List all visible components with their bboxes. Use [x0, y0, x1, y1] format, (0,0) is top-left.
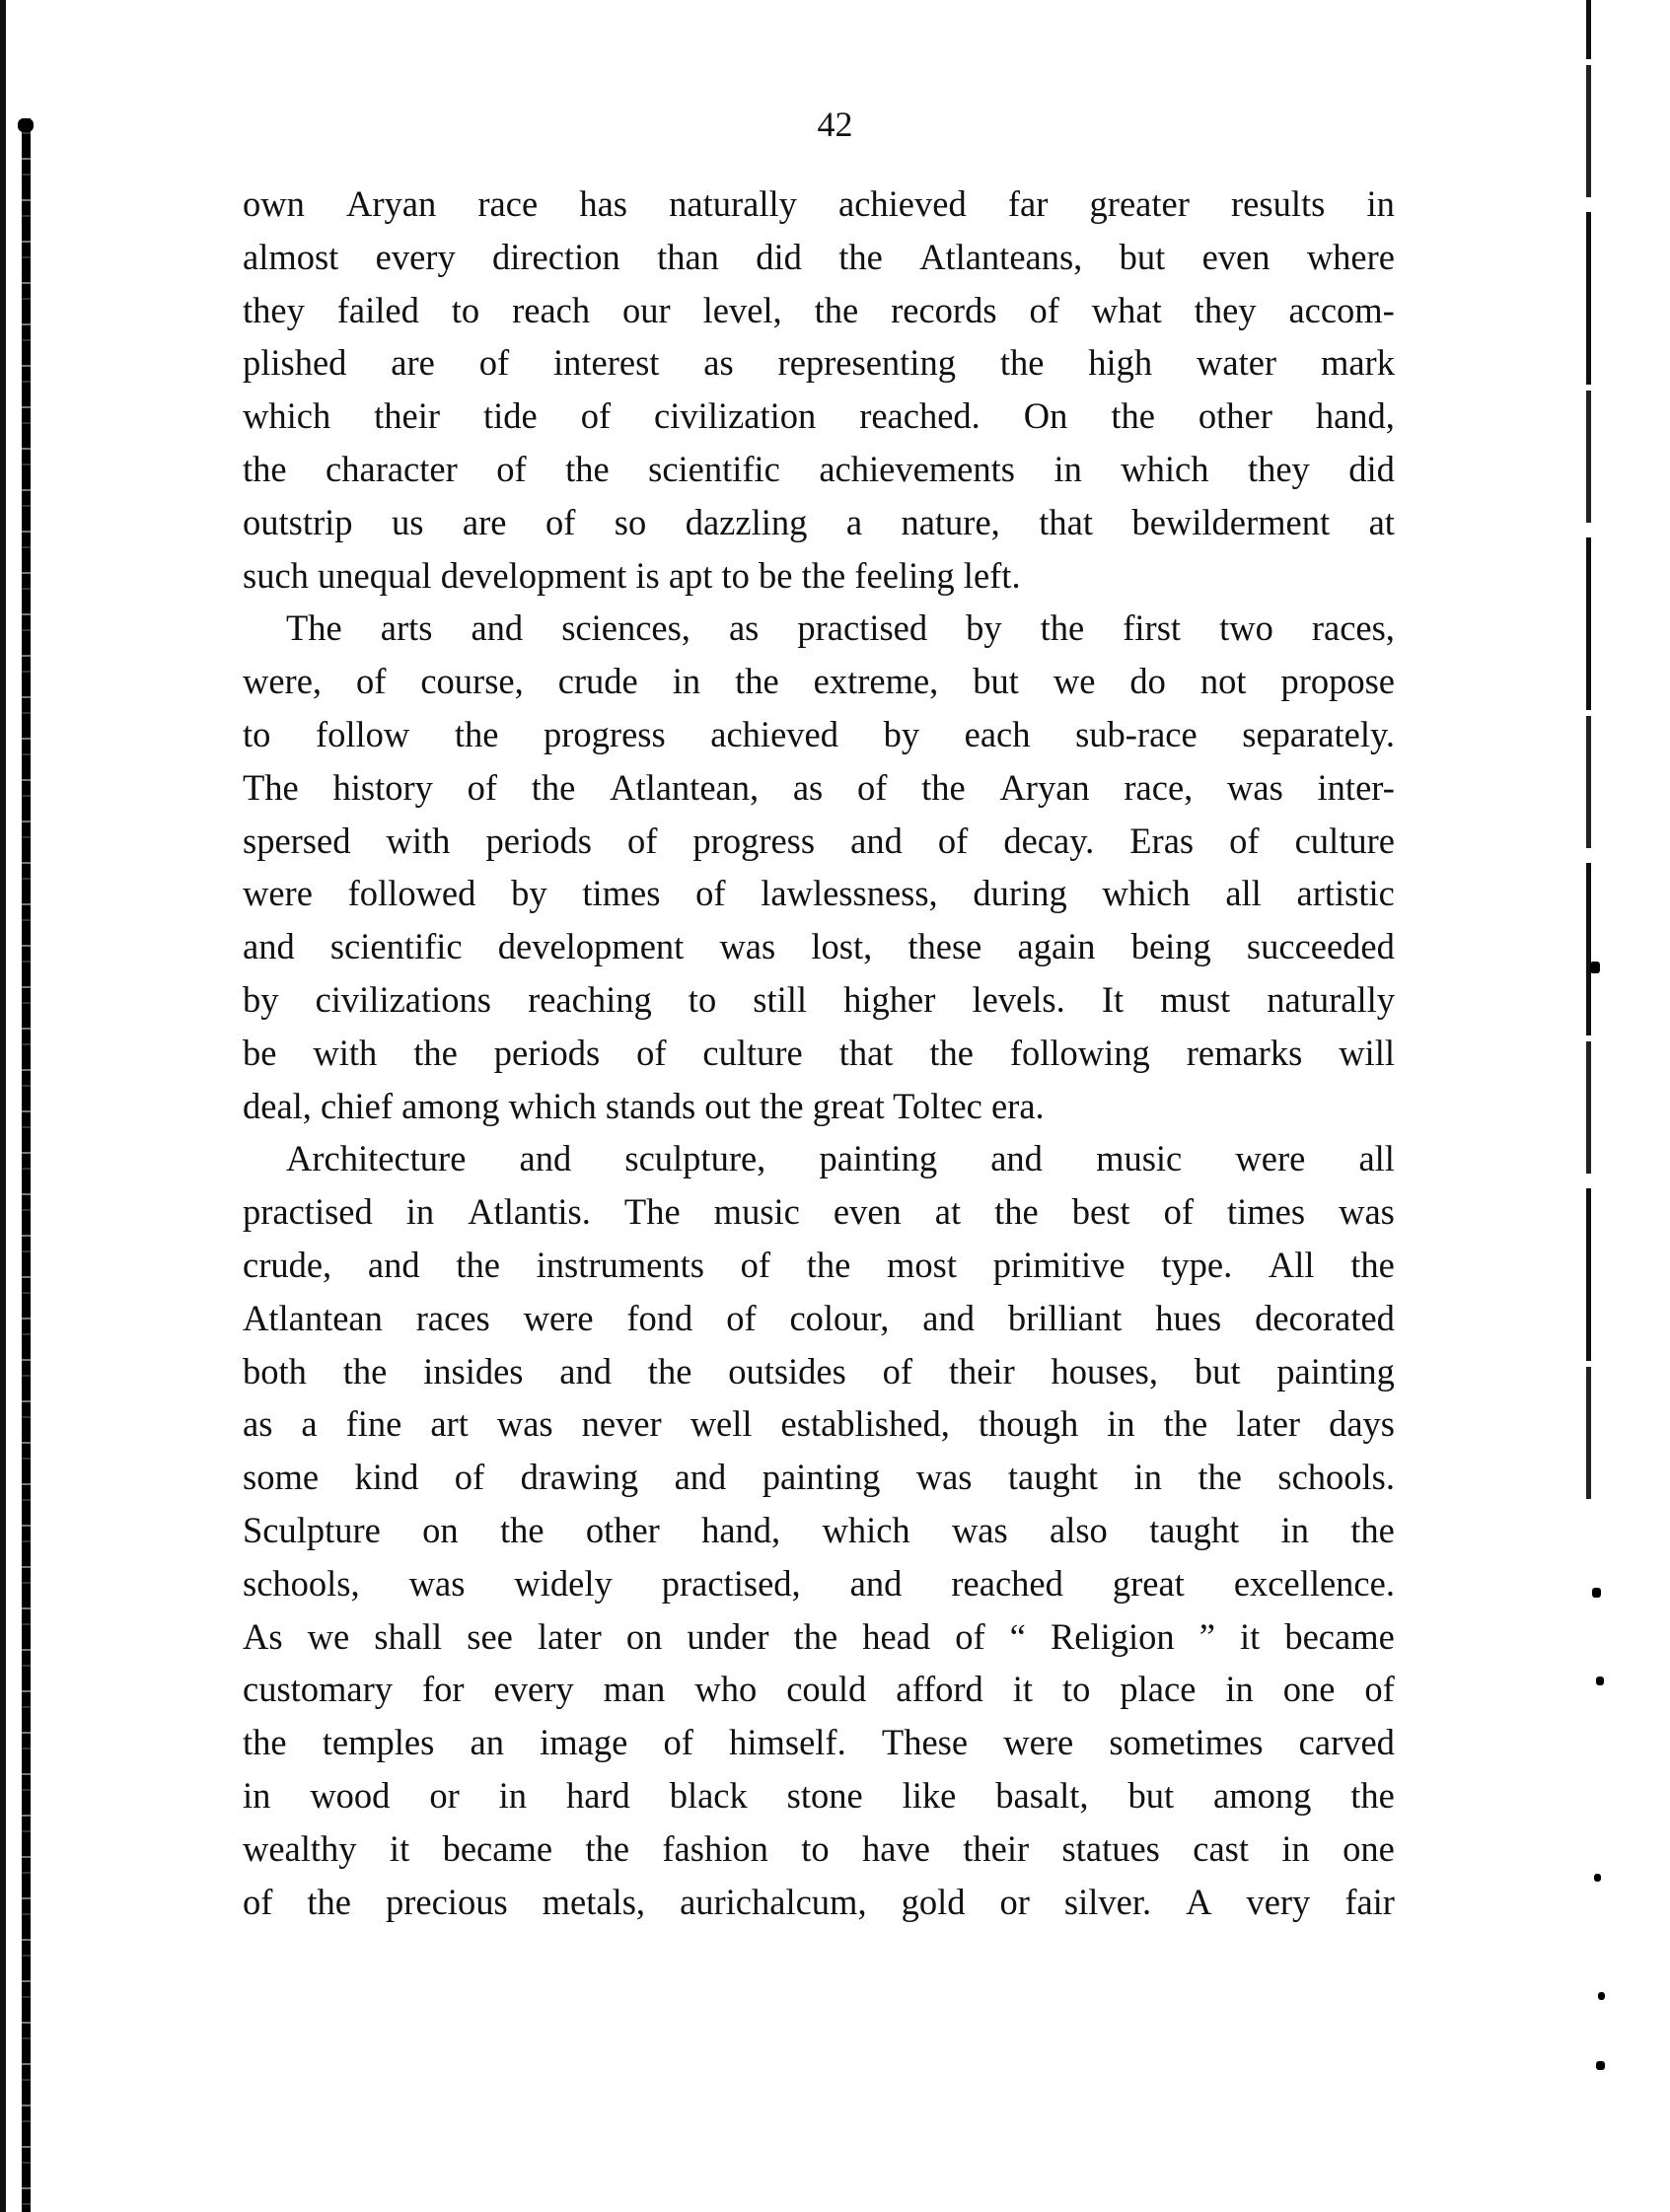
text-line: bycivilizationsreachingtostillhigherleve… [243, 973, 1395, 1027]
text-line: andscientificdevelopmentwaslost,theseaga… [243, 920, 1395, 973]
text-line: Sculptureontheotherhand,whichwasalsotaug… [243, 1504, 1395, 1557]
binding-edge-inner [22, 118, 31, 2212]
body-text: ownAryanracehasnaturallyachievedfargreat… [243, 178, 1395, 1928]
text-line: Atlanteanraceswerefondofcolour,andbrilli… [243, 1292, 1395, 1345]
text-line: such unequal development is apt to be th… [243, 549, 1395, 603]
text-line: thecharacterofthescientificachievementsi… [243, 443, 1395, 496]
text-line: crude,andtheinstrumentsofthemostprimitiv… [243, 1239, 1395, 1292]
text-line: theyfailedtoreachourlevel,therecordsofwh… [243, 284, 1395, 337]
text-line: wealthyitbecamethefashiontohavetheirstat… [243, 1822, 1395, 1876]
page-edge-right [1586, 0, 1591, 1499]
text-line: plishedareofinterestasrepresentingthehig… [243, 336, 1395, 390]
text-line: were,ofcourse,crudeintheextreme,butwedon… [243, 655, 1395, 708]
binding-edge-outer [0, 0, 6, 2212]
text-line: ofthepreciousmetals,aurichalcum,goldorsi… [243, 1876, 1395, 1929]
text-line: outstripusareofsodazzlinganature,thatbew… [243, 496, 1395, 549]
scan-speck [1596, 1677, 1604, 1685]
scan-speck [1596, 2061, 1605, 2070]
text-line: spersedwithperiodsofprogressandofdecay.E… [243, 815, 1395, 868]
text-line: somekindofdrawingandpaintingwastaughtint… [243, 1451, 1395, 1504]
text-line: almosteverydirectionthandidtheAtlanteans… [243, 231, 1395, 284]
page-number: 42 [0, 104, 1670, 145]
text-line: inwoodorinhardblackstonelikebasalt,butam… [243, 1769, 1395, 1822]
scan-speck [1590, 962, 1600, 973]
scan-speck [1594, 1874, 1601, 1882]
text-line: thetemplesanimageofhimself.Theseweresome… [243, 1716, 1395, 1769]
text-line: asafineartwasneverwellestablished,though… [243, 1397, 1395, 1451]
text-line: deal, chief among which stands out the g… [243, 1080, 1395, 1133]
text-line: bewiththeperiodsofculturethatthefollowin… [243, 1027, 1395, 1080]
paragraph: Theartsandsciences,aspractisedbythefirst… [243, 602, 1395, 1132]
text-line: boththeinsidesandtheoutsidesoftheirhouse… [243, 1345, 1395, 1398]
paragraph: Architectureandsculpture,paintingandmusi… [243, 1132, 1395, 1928]
scan-speck [1598, 1992, 1605, 2000]
text-line: Architectureandsculpture,paintingandmusi… [243, 1132, 1395, 1185]
text-line: schools,waswidelypractised,andreachedgre… [243, 1557, 1395, 1610]
text-line: ThehistoryoftheAtlantean,asoftheAryanrac… [243, 761, 1395, 815]
text-line: whichtheirtideofcivilizationreached.Onth… [243, 390, 1395, 443]
scanned-book-page: 42 ownAryanracehasnaturallyachievedfargr… [0, 0, 1670, 2212]
text-line: Theartsandsciences,aspractisedbythefirst… [243, 602, 1395, 655]
text-line: Asweshallseelateronundertheheadof“Religi… [243, 1610, 1395, 1664]
text-line: ownAryanracehasnaturallyachievedfargreat… [243, 178, 1395, 231]
text-line: werefollowedbytimesoflawlessness,duringw… [243, 867, 1395, 920]
text-line: practisedinAtlantis.Themusicevenatthebes… [243, 1185, 1395, 1239]
text-line: tofollowtheprogressachievedbyeachsub-rac… [243, 708, 1395, 761]
text-line: customaryforeverymanwhocouldaffordittopl… [243, 1663, 1395, 1716]
paragraph: ownAryanracehasnaturallyachievedfargreat… [243, 178, 1395, 602]
scan-speck [1592, 1588, 1601, 1598]
